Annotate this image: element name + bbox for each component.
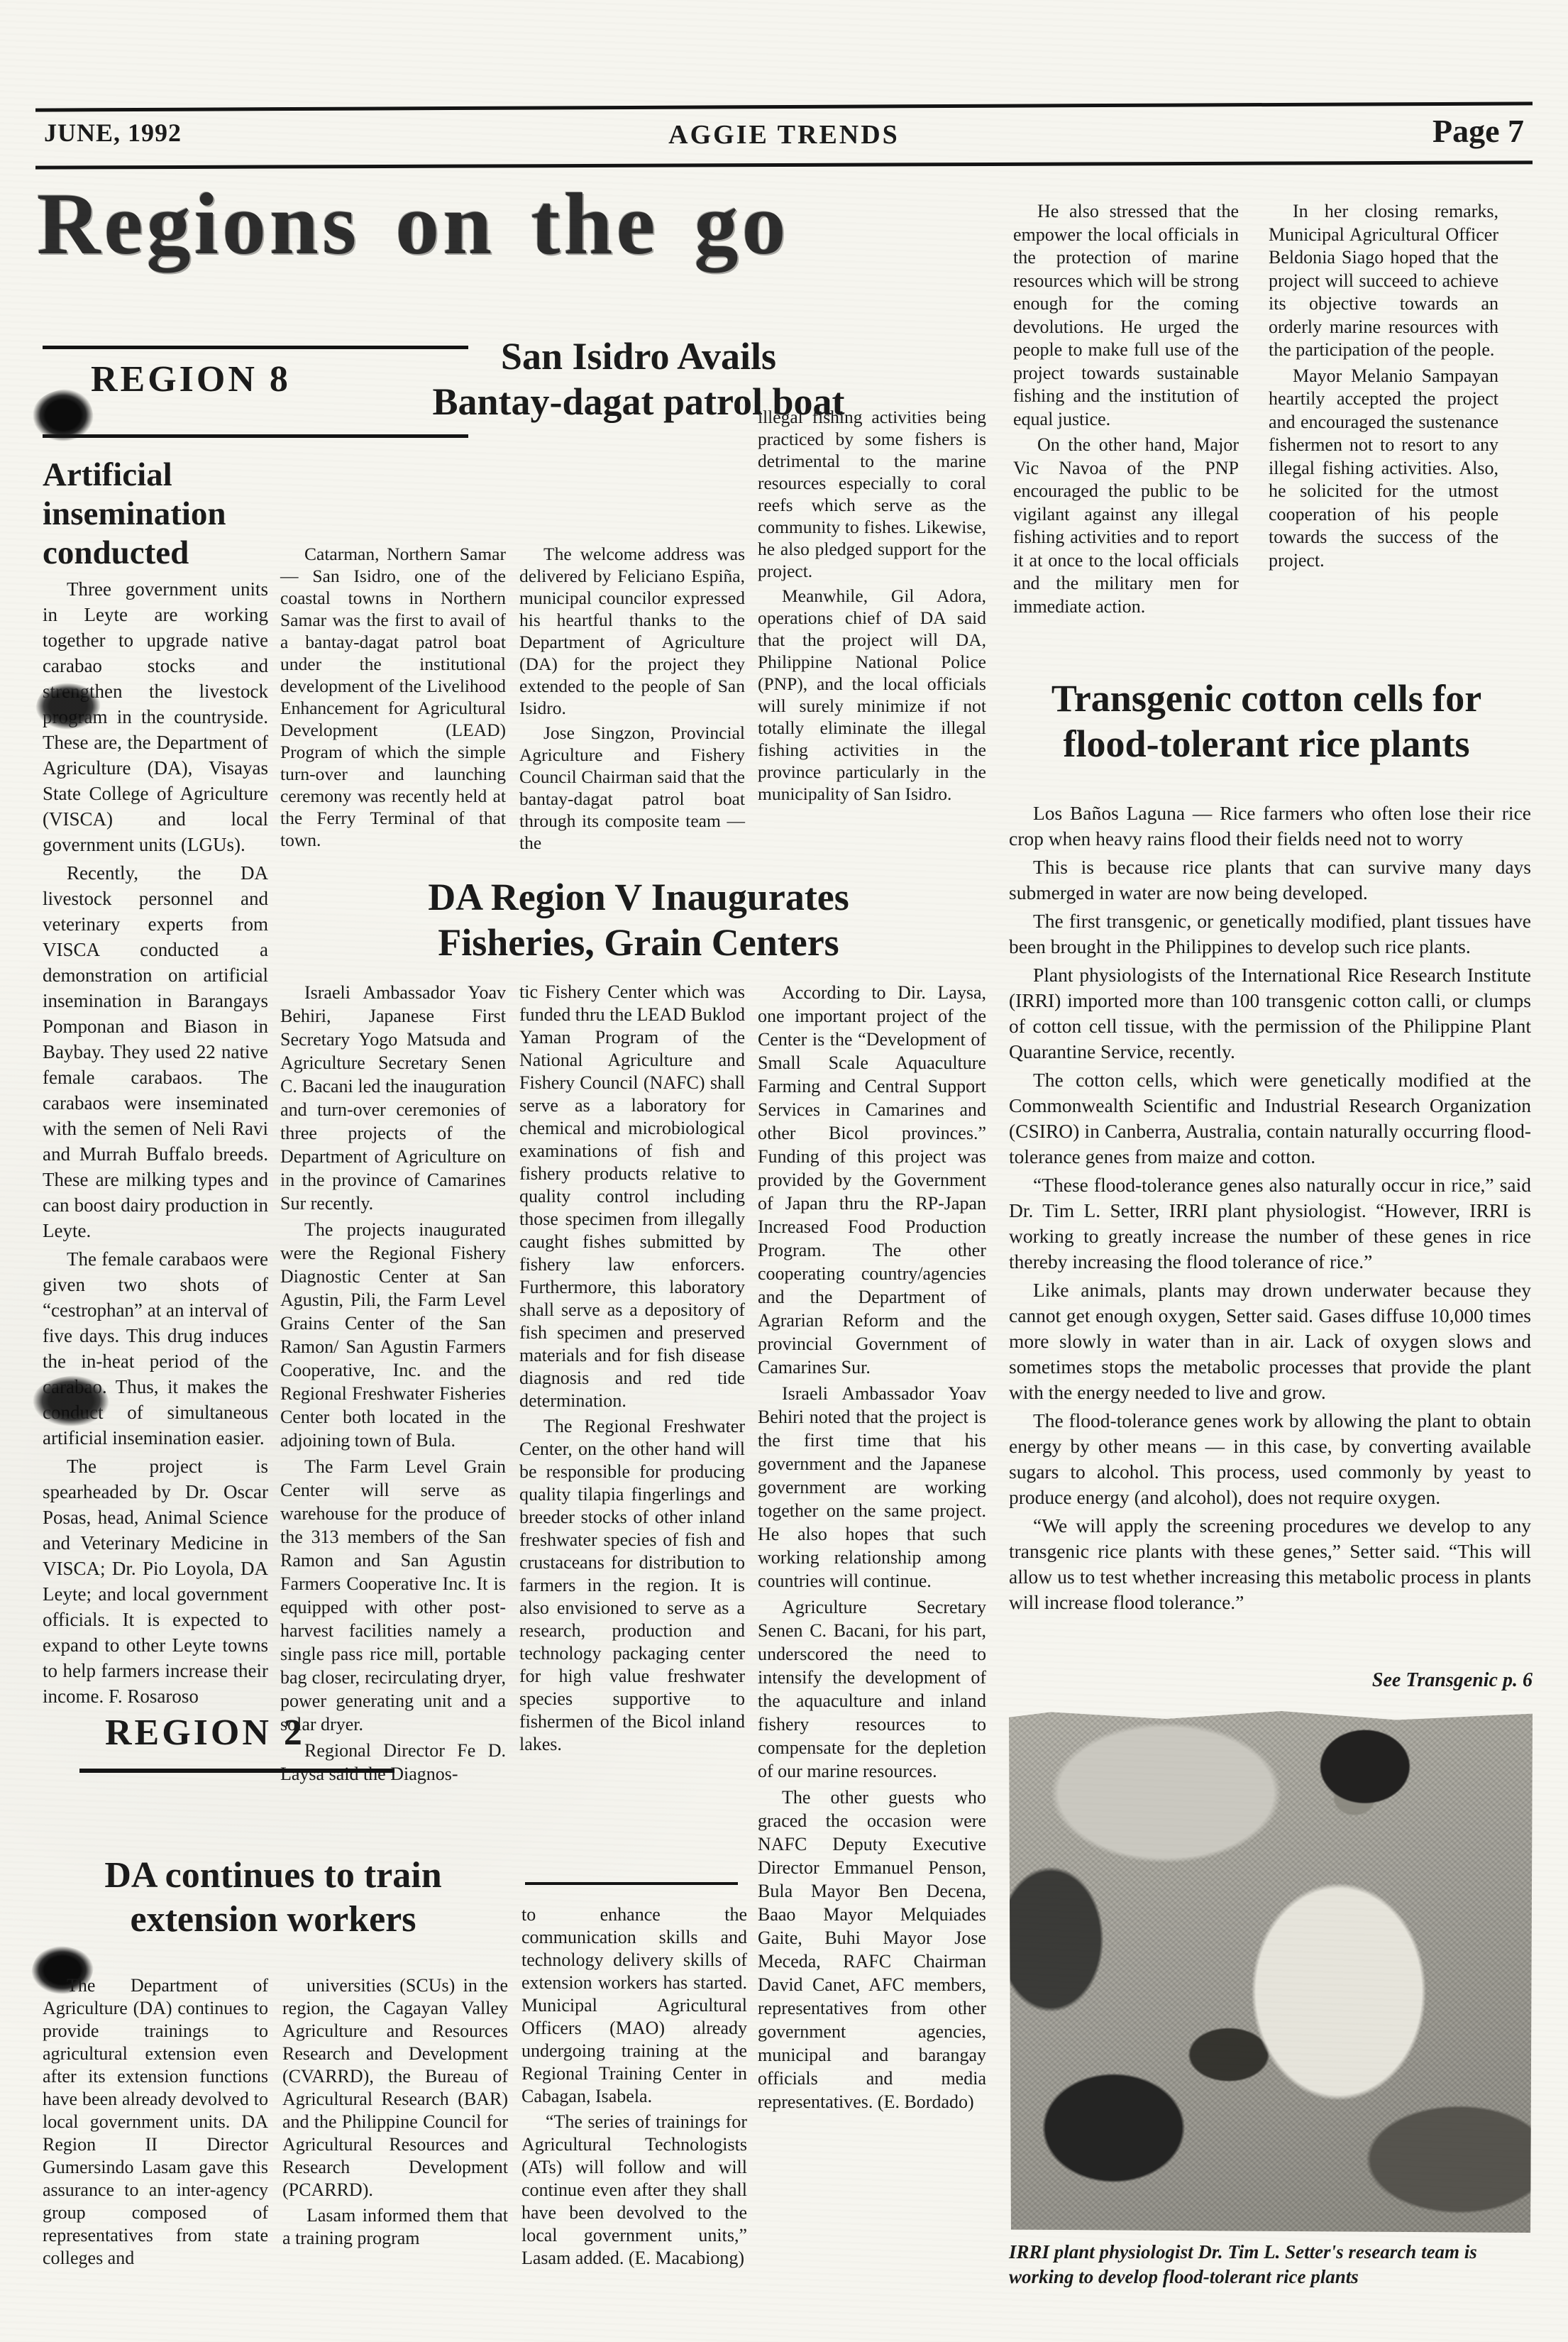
da-region-v-column-3: According to Dir. Laysa, one important p… bbox=[758, 981, 986, 2116]
da-region-v-column-2: tic Fishery Center which was funded thru… bbox=[519, 981, 745, 1759]
paragraph: illegal fishing activities being practic… bbox=[758, 406, 986, 582]
paragraph: Plant physiologists of the International… bbox=[1009, 962, 1531, 1065]
region2-column-3: to enhance the communication skills and … bbox=[521, 1903, 747, 2272]
paragraph: According to Dir. Laysa, one important p… bbox=[758, 981, 986, 1379]
photo-caption: IRRI plant physiologist Dr. Tim L. Sette… bbox=[1009, 2240, 1534, 2289]
paragraph: The Regional Freshwater Center, on the o… bbox=[519, 1415, 745, 1756]
article-body-artificial-insemination: Three government units in Leyte are work… bbox=[43, 576, 268, 1712]
paragraph: Meanwhile, Gil Adora, operations chief o… bbox=[758, 585, 986, 805]
header-rule-top bbox=[35, 101, 1533, 111]
san-isidro-column-1: Catarman, Northern Samar — San Isidro, o… bbox=[280, 543, 506, 854]
article-title-da-region-v: DA Region V Inaugurates Fisheries, Grain… bbox=[298, 874, 979, 965]
paragraph: He also stressed that the empower the lo… bbox=[1013, 200, 1239, 431]
paragraph: Agriculture Secretary Senen C. Bacani, f… bbox=[758, 1595, 986, 1783]
paragraph: “These flood-tolerance genes also natura… bbox=[1009, 1172, 1531, 1275]
page-number: Page 7 bbox=[1432, 112, 1524, 150]
header-rule-bottom bbox=[35, 160, 1533, 169]
newspaper-page: JUNE, 1992 AGGIE TRENDS Page 7 Regions o… bbox=[0, 0, 1568, 2342]
paragraph: Catarman, Northern Samar — San Isidro, o… bbox=[280, 543, 506, 851]
paragraph: The Department of Agriculture (DA) conti… bbox=[43, 1974, 268, 2270]
paragraph: On the other hand, Major Vic Navoa of th… bbox=[1013, 434, 1239, 618]
san-isidro-column-4: He also stressed that the empower the lo… bbox=[1013, 200, 1239, 621]
region2-column-1: The Department of Agriculture (DA) conti… bbox=[43, 1974, 268, 2272]
paragraph: The first transgenic, or genetically mod… bbox=[1009, 908, 1531, 960]
paragraph: The other guests who graced the occasion… bbox=[758, 1786, 986, 2113]
paragraph: The flood-tolerance genes work by allowi… bbox=[1009, 1408, 1531, 1510]
article-title-artificial-insemination: Artificial insemination conducted bbox=[43, 456, 270, 573]
paragraph: Like animals, plants may drown underwate… bbox=[1009, 1277, 1531, 1405]
jump-reference: See Transgenic p. 6 bbox=[1220, 1669, 1533, 1692]
paragraph: Jose Singzon, Provincial Agriculture and… bbox=[519, 722, 745, 854]
paragraph: The projects inaugurated were the Region… bbox=[280, 1218, 506, 1452]
region2-column-2: universities (SCUs) in the region, the C… bbox=[282, 1974, 508, 2253]
paragraph: “The series of trainings for Agricultura… bbox=[521, 2111, 747, 2270]
region8-stamp-icon bbox=[33, 389, 94, 441]
san-isidro-column-5: In her closing remarks, Municipal Agricu… bbox=[1269, 200, 1498, 575]
paragraph: The welcome address was delivered by Fel… bbox=[519, 543, 745, 719]
paragraph: Los Baños Laguna — Rice farmers who ofte… bbox=[1009, 801, 1531, 852]
paragraph: tic Fishery Center which was funded thru… bbox=[519, 981, 745, 1412]
article-title-transgenic: Transgenic cotton cells for flood-tolera… bbox=[1032, 676, 1501, 766]
paragraph: “We will apply the screening procedures … bbox=[1009, 1513, 1531, 1615]
ink-smudge bbox=[33, 1375, 109, 1426]
san-isidro-column-2: The welcome address was delivered by Fel… bbox=[519, 543, 745, 857]
article-body-transgenic: Los Baños Laguna — Rice farmers who ofte… bbox=[1009, 801, 1531, 1618]
article-title-da-continues: DA continues to train extension workers bbox=[50, 1854, 497, 1942]
paragraph: to enhance the communication skills and … bbox=[521, 1903, 747, 2108]
paragraph: Israeli Ambassador Yoav Behiri, Japanese… bbox=[280, 981, 506, 1215]
region8-label: REGION 8 bbox=[91, 358, 291, 400]
photo-irri-lab bbox=[1009, 1709, 1533, 2233]
paragraph: This is because rice plants that can sur… bbox=[1009, 854, 1531, 906]
section-headline: Regions on the go bbox=[37, 176, 888, 273]
column-divider-rule bbox=[525, 1882, 738, 1885]
region2-label: REGION 2 bbox=[105, 1712, 305, 1754]
paragraph: Israeli Ambassador Yoav Behiri noted tha… bbox=[758, 1382, 986, 1593]
paragraph: Regional Director Fe D. Laysa said the D… bbox=[280, 1739, 506, 1786]
paragraph: The cotton cells, which were genetically… bbox=[1009, 1067, 1531, 1170]
region2-underline bbox=[79, 1769, 394, 1773]
paragraph: Lasam informed them that a training prog… bbox=[282, 2204, 508, 2250]
paragraph: The project is spearheaded by Dr. Oscar … bbox=[43, 1453, 268, 1709]
da-region-v-column-1: Israeli Ambassador Yoav Behiri, Japanese… bbox=[280, 981, 506, 1788]
paragraph: Mayor Melanio Sampayan heartily accepted… bbox=[1269, 365, 1498, 573]
san-isidro-column-3: illegal fishing activities being practic… bbox=[758, 406, 986, 808]
region8-rule-bottom bbox=[43, 434, 468, 438]
paragraph: Recently, the DA livestock personnel and… bbox=[43, 860, 268, 1243]
paragraph: In her closing remarks, Municipal Agricu… bbox=[1269, 200, 1498, 362]
paragraph: universities (SCUs) in the region, the C… bbox=[282, 1974, 508, 2201]
paragraph: The Farm Level Grain Center will serve a… bbox=[280, 1455, 506, 1736]
masthead-title: AGGIE TRENDS bbox=[0, 119, 1568, 150]
